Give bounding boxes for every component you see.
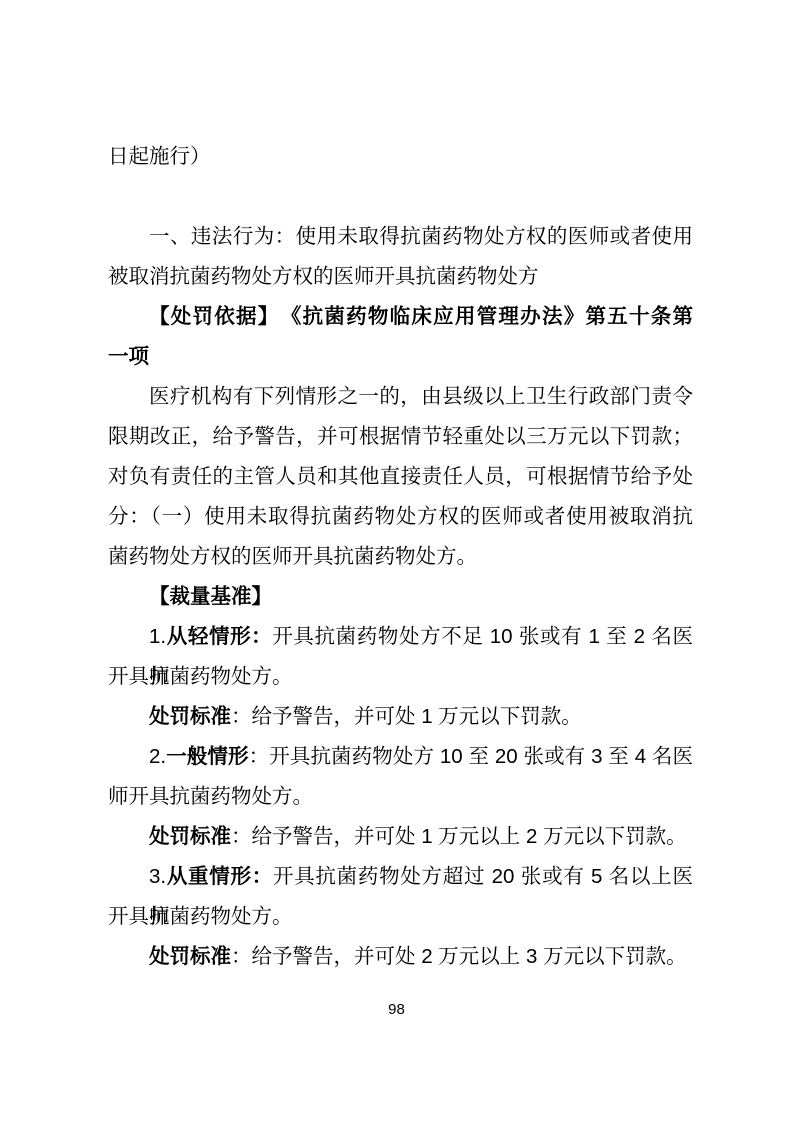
document-content: 日起施行） 一、违法行为：使用未取得抗菌药物处方权的医师或者使用 被取消抗菌药物… (108, 137, 693, 977)
basis-body-line-3: 对负有责任的主管人员和其他直接责任人员，可根据情节给予处 (108, 457, 693, 497)
basis-body-line-1: 医疗机构有下列情形之一的，由县级以上卫生行政部门责令 (108, 377, 693, 417)
penalty-basis-heading-line-1: 【处罚依据】 《抗菌药物临床应用管理办法》第五十条第 (108, 297, 693, 337)
item3-label: 从重情形： (166, 865, 273, 888)
item2-label: 一般情形 (166, 745, 249, 768)
basis-body-line-4: 分：（一）使用未取得抗菌药物处方权的医师或者使用被取消抗 (108, 497, 693, 537)
item1-number: 1. (149, 625, 166, 648)
item3-line-2: 开具抗菌药物处方。 (108, 897, 693, 937)
basis-body-line-2: 限期改正，给予警告，并可根据情节轻重处以三万元以下罚款； (108, 417, 693, 457)
item1-line-1: 1.从轻情形：开具抗菌药物处方不足 10 张或有 1 至 2 名医师 (108, 617, 693, 657)
item3-penalty-text: ：给予警告，并可处 2 万元以上 3 万元以下罚款。 (231, 945, 687, 968)
item2-text: ：开具抗菌药物处方 10 至 20 张或有 3 至 4 名医 (249, 745, 693, 768)
item2-line-1: 2.一般情形：开具抗菌药物处方 10 至 20 张或有 3 至 4 名医 (108, 737, 693, 777)
item3-line-1: 3.从重情形：开具抗菌药物处方超过 20 张或有 5 名以上医师 (108, 857, 693, 897)
item2-penalty-label: 处罚标准 (149, 825, 231, 848)
document-page: 日起施行） 一、违法行为：使用未取得抗菌药物处方权的医师或者使用 被取消抗菌药物… (0, 0, 793, 1122)
page-number: 98 (0, 1000, 793, 1020)
item3-penalty-line: 处罚标准：给予警告，并可处 2 万元以上 3 万元以下罚款。 (108, 937, 693, 977)
penalty-basis-heading-line-2: 一项 (108, 337, 693, 377)
blank-line (108, 177, 693, 217)
item2-penalty-text: ：给予警告，并可处 1 万元以上 2 万元以下罚款。 (231, 825, 687, 848)
item1-label: 从轻情形： (166, 625, 272, 648)
paragraph-continuation: 日起施行） (108, 137, 693, 177)
item3-number: 3. (149, 865, 166, 888)
violation-heading-line-2: 被取消抗菌药物处方权的医师开具抗菌药物处方 (108, 257, 693, 297)
item1-penalty-label: 处罚标准 (149, 705, 231, 728)
discretion-heading: 【裁量基准】 (108, 577, 693, 617)
item1-penalty-line: 处罚标准：给予警告，并可处 1 万元以下罚款。 (108, 697, 693, 737)
item1-penalty-text: ：给予警告，并可处 1 万元以下罚款。 (231, 705, 582, 728)
violation-heading-line-1: 一、违法行为：使用未取得抗菌药物处方权的医师或者使用 (108, 217, 693, 257)
item3-penalty-label: 处罚标准 (149, 945, 231, 968)
item1-line-2: 开具抗菌药物处方。 (108, 657, 693, 697)
item2-penalty-line: 处罚标准：给予警告，并可处 1 万元以上 2 万元以下罚款。 (108, 817, 693, 857)
item2-number: 2. (149, 745, 166, 768)
item2-line-2: 师开具抗菌药物处方。 (108, 777, 693, 817)
basis-body-line-5: 菌药物处方权的医师开具抗菌药物处方。 (108, 537, 693, 577)
